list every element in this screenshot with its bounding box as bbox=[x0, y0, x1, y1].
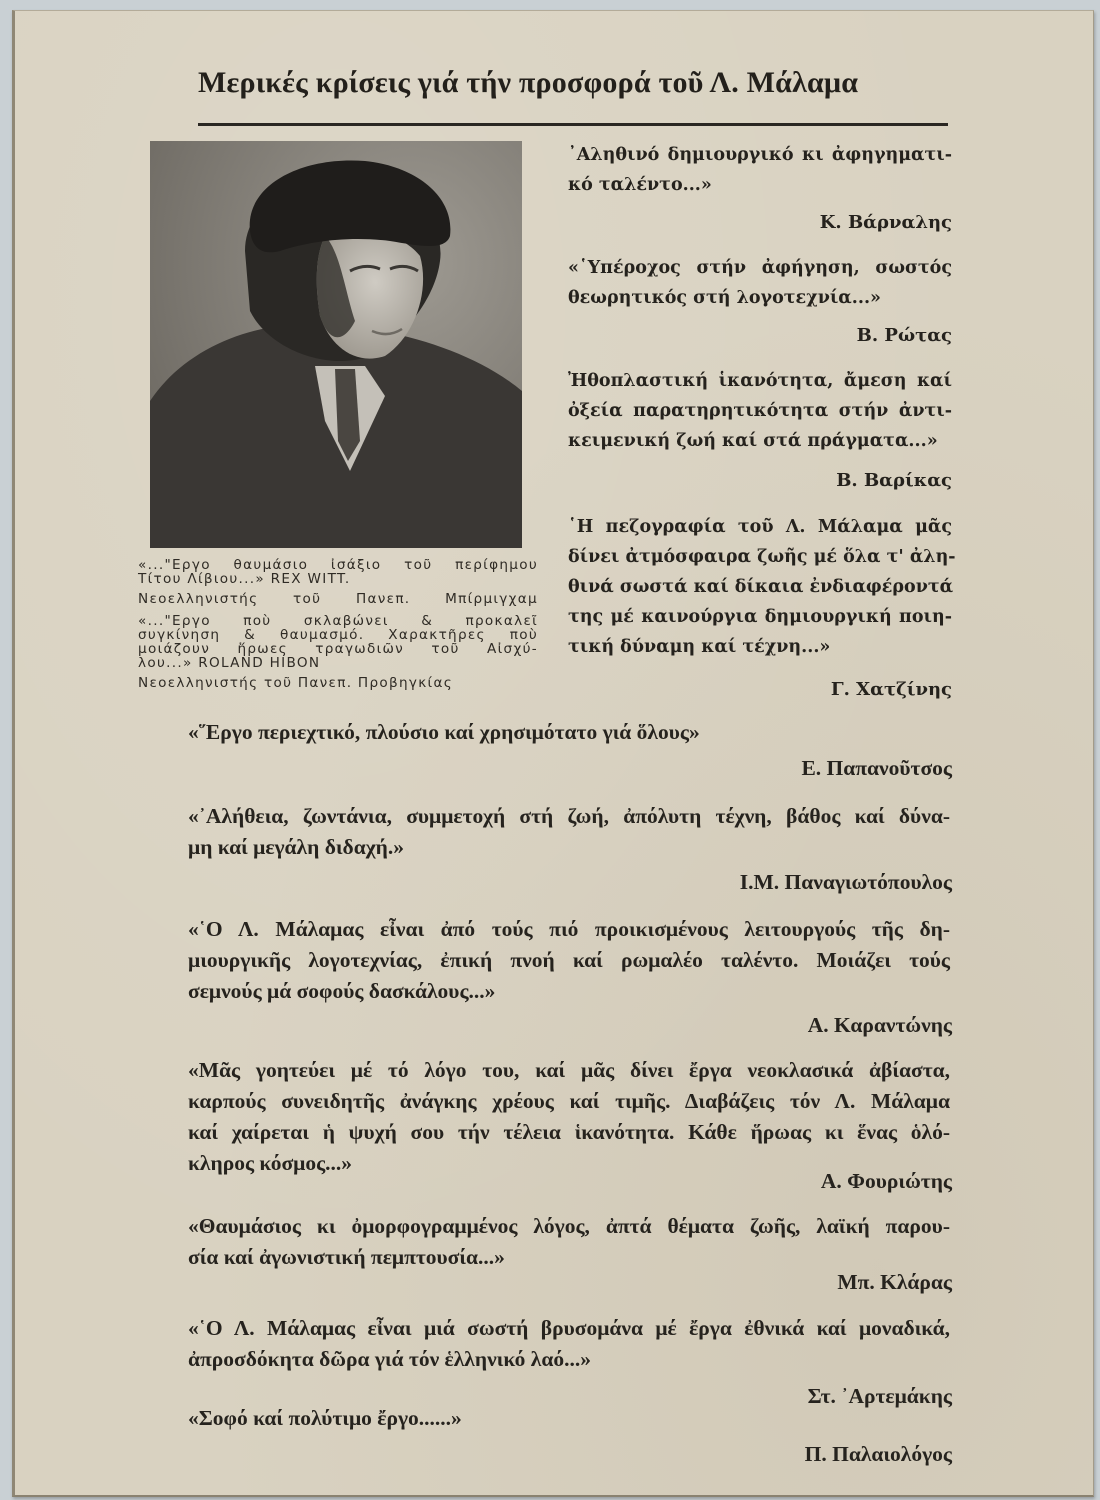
portrait-image-icon bbox=[150, 141, 522, 548]
author-karantonis: Α. Καραντώνης bbox=[808, 1013, 952, 1038]
author-fouriotis: Α. Φουριώτης bbox=[821, 1169, 952, 1194]
quote-line: κό ταλέντο...» bbox=[568, 170, 952, 200]
quote-chatzinis: ῾Η πεζογραφία τοῦ Λ. Μάλαμα μᾶς δίνει ἀτ… bbox=[568, 512, 952, 662]
quote-line: θεωρητικός στή λογοτεχνία...» bbox=[568, 283, 952, 313]
quote-line: σία καί ἀγωνιστική πεμπτουσία...» bbox=[188, 1242, 950, 1273]
caption-line: λου...» ROLAND HIBON bbox=[138, 656, 538, 670]
quote-karantonis: «῾Ο Λ. Μάλαμας εἶναι ἀπό τούς πιό προικι… bbox=[188, 914, 950, 1007]
quote-line: «Σοφό καί πολύτιμο ἔργο......» bbox=[188, 1403, 950, 1434]
caption-line: συγκίνηση & θαυμασμό. Χαρακτῆρες ποὺ bbox=[138, 628, 538, 642]
author-rotas: Β. Ρώτας bbox=[857, 325, 952, 346]
quote-line: της μέ καινούργια δημιουργική ποιη- bbox=[568, 602, 952, 632]
author-palaiologos: Π. Παλαιολόγος bbox=[805, 1442, 952, 1467]
quote-line: κειμενική ζωή καί στά πράγματα...» bbox=[568, 426, 952, 456]
quote-line: ᾿Αληθινό δημιουργικό κι ἀφηγηματι- bbox=[568, 140, 952, 170]
caption-line: μοιάζουν ἥρωες τραγωδιῶν τοῦ Αἰσχύ- bbox=[138, 642, 538, 656]
quote-artemakis: «῾Ο Λ. Μάλαμας εἶναι μιά σωστή βρυσομάνα… bbox=[188, 1313, 950, 1375]
quote-line: ἀπροσδόκητα δῶρα γιά τόν ἑλληνικό λαό...… bbox=[188, 1344, 950, 1375]
quote-line: «῞Εργο περιεχτικό, πλούσιο καί χρησιμότα… bbox=[188, 717, 950, 748]
quote-line: σεμνούς μά σοφούς δασκάλους...» bbox=[188, 976, 950, 1007]
author-klaras: Μπ. Κλάρας bbox=[837, 1270, 952, 1295]
quote-line: «᾿Αλήθεια, ζωντάνια, συμμετοχή στή ζωή, … bbox=[188, 801, 950, 832]
quote-line: μη καί μεγάλη διδαχή.» bbox=[188, 832, 950, 863]
quote-varnalis: ᾿Αληθινό δημιουργικό κι ἀφηγηματι- κό τα… bbox=[568, 140, 952, 200]
caption-affiliation-provence: Νεοελληνιστής τοῦ Πανεπ. Προβηγκίας bbox=[138, 676, 538, 690]
portrait-caption: «..."Εργο θαυμάσιο ἰσάξιο τοῦ περίφημου … bbox=[138, 558, 538, 698]
caption-quote-roland-hibon: «..."Εργο ποὺ σκλαβώνει & προκαλεῖ συγκί… bbox=[138, 614, 538, 670]
quote-line: «῾Ο Λ. Μάλαμας εἶναι μιά σωστή βρυσομάνα… bbox=[188, 1313, 950, 1344]
quote-line: «῾Υπέροχος στήν ἀφήγηση, σωστός bbox=[568, 253, 952, 283]
quote-rotas: «῾Υπέροχος στήν ἀφήγηση, σωστός θεωρητικ… bbox=[568, 253, 952, 313]
quote-line: καρπούς συνειδητῆς ἀνάγκης χρέους καί τι… bbox=[188, 1086, 950, 1117]
caption-line: «..."Εργο ποὺ σκλαβώνει & προκαλεῖ bbox=[138, 614, 538, 628]
quote-line: «῾Ο Λ. Μάλαμας εἶναι ἀπό τούς πιό προικι… bbox=[188, 914, 950, 945]
author-varikas: Β. Βαρίκας bbox=[836, 470, 952, 491]
quote-line: τική δύναμη καί τέχνη...» bbox=[568, 632, 952, 662]
quote-fouriotis: «Μᾶς γοητεύει μέ τό λόγο του, καί μᾶς δί… bbox=[188, 1055, 950, 1179]
quote-panagiotopoulos: «᾿Αλήθεια, ζωντάνια, συμμετοχή στή ζωή, … bbox=[188, 801, 950, 863]
quote-line: μιουργικῆς λογοτεχνίας, ἐπική πνοή καί ρ… bbox=[188, 945, 950, 976]
quote-line: θινά σωστά καί δίκαια ἐνδιαφέροντά bbox=[568, 572, 952, 602]
quote-line: ὀξεία παρατηρητικότητα στήν ἀντι- bbox=[568, 396, 952, 426]
quote-varikas: Ἠθοπλαστική ἱκανότητα, ἄμεση καί ὀξεία π… bbox=[568, 366, 952, 456]
author-panagiotopoulos: Ι.Μ. Παναγιωτόπουλος bbox=[740, 870, 952, 895]
quote-line: ῾Η πεζογραφία τοῦ Λ. Μάλαμα μᾶς bbox=[568, 512, 952, 542]
quote-papanoutsos: «῞Εργο περιεχτικό, πλούσιο καί χρησιμότα… bbox=[188, 717, 950, 748]
quote-line: Ἠθοπλαστική ἱκανότητα, ἄμεση καί bbox=[568, 366, 952, 396]
caption-line: «..."Εργο θαυμάσιο ἰσάξιο τοῦ περίφημου bbox=[138, 558, 538, 572]
caption-line: Τίτου Λίβιου...» REX WITT. bbox=[138, 572, 538, 586]
title-divider bbox=[198, 123, 948, 126]
author-chatzinis: Γ. Χατζίνης bbox=[831, 679, 952, 700]
quote-klaras: «Θαυμάσιος κι ὀμορφογραμμένος λόγος, ἀπτ… bbox=[188, 1211, 950, 1273]
quote-palaiologos: «Σοφό καί πολύτιμο ἔργο......» bbox=[188, 1403, 950, 1434]
quote-line: καί χαίρεται ἡ ψυχή σου τήν τέλεια ἱκανό… bbox=[188, 1117, 950, 1148]
quote-line: «Θαυμάσιος κι ὀμορφογραμμένος λόγος, ἀπτ… bbox=[188, 1211, 950, 1242]
quote-line: δίνει ἀτμόσφαιρα ζωῆς μέ ὅλα τ' ἀλη- bbox=[568, 542, 952, 572]
author-papanoutsos: Ε. Παπανοῦτσος bbox=[801, 756, 952, 781]
quote-line: «Μᾶς γοητεύει μέ τό λόγο του, καί μᾶς δί… bbox=[188, 1055, 950, 1086]
caption-affiliation-birmingham: Νεοελληνιστής τοῦ Πανεπ. Μπίρμιγχαμ bbox=[138, 592, 538, 606]
page-title: Μερικές κρίσεις γιά τήν προσφορά τοῦ Λ. … bbox=[198, 66, 958, 100]
caption-quote-rex-witt: «..."Εργο θαυμάσιο ἰσάξιο τοῦ περίφημου … bbox=[138, 558, 538, 586]
author-varnalis: Κ. Βάρναλης bbox=[820, 212, 952, 233]
author-portrait-photo bbox=[150, 141, 522, 548]
